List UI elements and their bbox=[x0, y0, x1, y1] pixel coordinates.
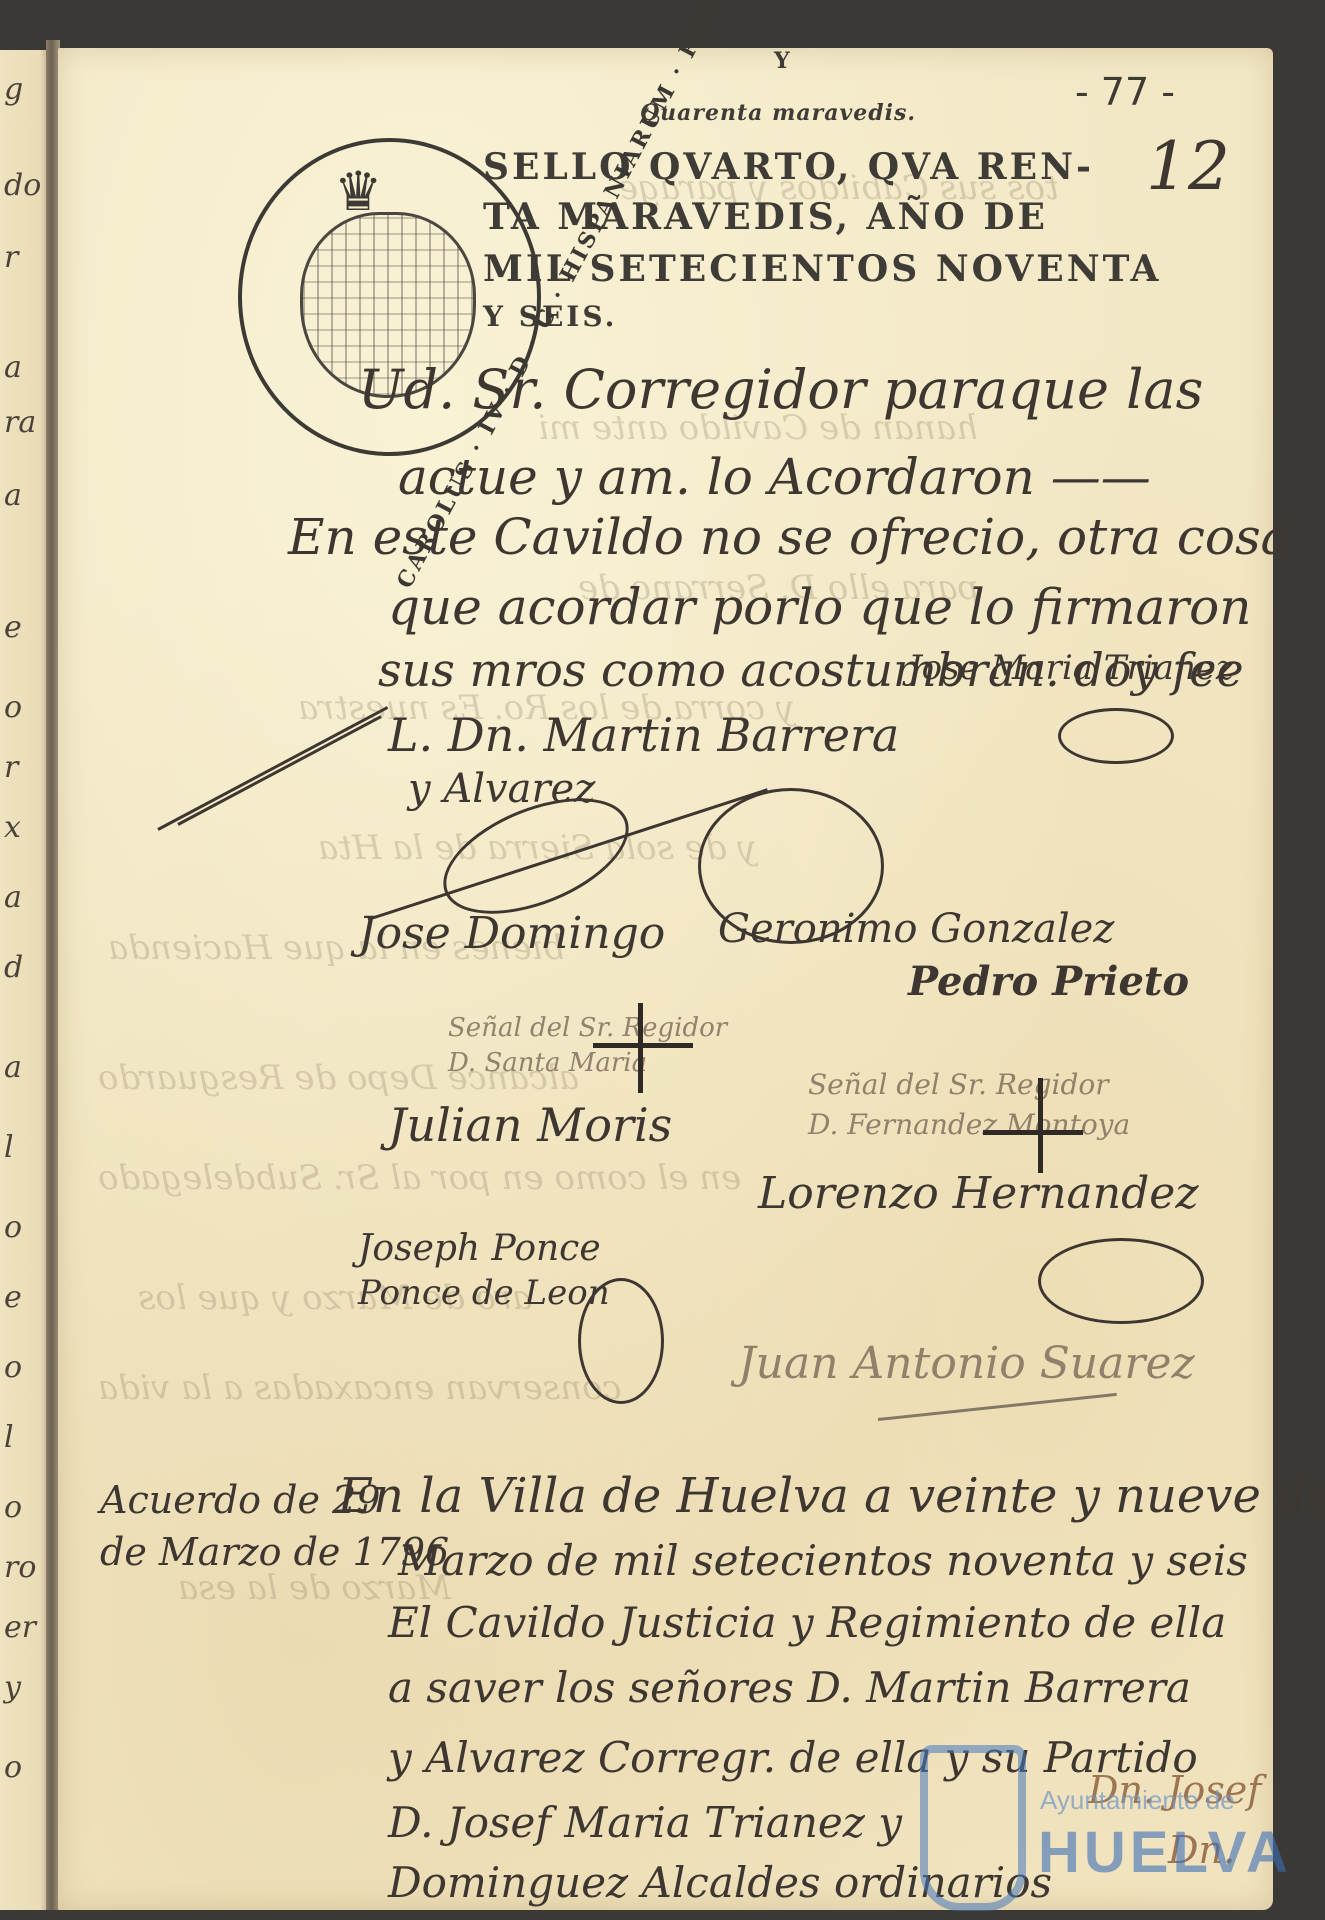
left-page-fragment: o bbox=[4, 690, 22, 725]
slash-stroke bbox=[878, 1393, 1117, 1421]
rubric-flourish bbox=[578, 1278, 664, 1404]
left-page-fragment: a bbox=[4, 478, 22, 513]
left-page-fragment: l bbox=[4, 1130, 14, 1165]
mark-label: D. Santa Maria bbox=[448, 1048, 647, 1078]
manuscript-page: tos sus Cabildos y parage hanan de Cavil… bbox=[58, 48, 1273, 1910]
signature-prieto: Pedro Prieto bbox=[908, 958, 1189, 1005]
signature-jose-domingo: Jose Domingo bbox=[358, 908, 665, 959]
left-page-fragment: o bbox=[4, 1350, 22, 1385]
rubric-flourish bbox=[1058, 708, 1174, 764]
body-line: Marzo de mil setecientos noventa y seis bbox=[398, 1536, 1248, 1585]
signature-ponce: Joseph Ponce bbox=[358, 1228, 601, 1269]
left-page-fragment: e bbox=[4, 610, 22, 645]
left-page-fragment: x bbox=[4, 810, 21, 845]
left-page-fragment: d bbox=[4, 950, 23, 985]
left-page-fragment: a bbox=[4, 1050, 22, 1085]
left-page-fragment: o bbox=[4, 1490, 22, 1525]
seal-header-line: TA MARAVEDIS, AÑO DE bbox=[483, 196, 1048, 238]
body-line: Ud. Sr. Corregidor paraque las bbox=[358, 358, 1203, 421]
seal-header-line: SELLO QVARTO, QVA REN- bbox=[483, 146, 1094, 188]
signature-trianez: Jose Maria Trianez bbox=[908, 648, 1234, 688]
left-page-fragment: do bbox=[4, 168, 41, 203]
cross-mark-icon bbox=[1038, 1078, 1043, 1173]
mark-label: Señal del Sr. Regidor bbox=[808, 1068, 1109, 1101]
left-page-fragment: ra bbox=[4, 405, 36, 440]
left-page-fragment: r bbox=[4, 240, 18, 275]
cross-mark-icon bbox=[638, 1003, 643, 1093]
signature-gonzalez: Geronimo Gonzalez bbox=[718, 906, 1114, 952]
body-line: actue y am. lo Acordaron —— bbox=[398, 448, 1151, 506]
left-page-fragment: e bbox=[4, 1280, 22, 1315]
body-line: que acordar porlo que lo firmaron bbox=[388, 578, 1251, 636]
body-line: D. Josef Maria Trianez y bbox=[388, 1798, 902, 1847]
slash-stroke bbox=[157, 706, 388, 831]
signature-ponce: Ponce de Leon bbox=[358, 1273, 610, 1313]
watermark-line2: HUELVA bbox=[1038, 1819, 1292, 1886]
left-page-fragment: er bbox=[4, 1610, 36, 1645]
signature-suarez: Juan Antonio Suarez bbox=[738, 1338, 1195, 1389]
body-line: En este Cavildo no se ofrecio, otra cosa bbox=[288, 508, 1290, 566]
left-page-fragment: o bbox=[4, 1210, 22, 1245]
rubric-flourish bbox=[1038, 1238, 1204, 1324]
denomination-text: Quarenta maravedis. bbox=[640, 100, 916, 126]
watermark-line1: Ayuntamiento de bbox=[1040, 1785, 1235, 1816]
mark-label: D. Fernandez Montoya bbox=[808, 1108, 1130, 1141]
archive-watermark: Ayuntamiento de HUELVA bbox=[920, 1745, 1280, 1905]
signature-barrera: L. Dn. Martin Barrera bbox=[388, 708, 899, 762]
left-page-fragment: ro bbox=[4, 1550, 36, 1585]
slash-stroke bbox=[177, 715, 381, 826]
left-page-fragment: o bbox=[4, 1750, 22, 1785]
left-page-fragment: g bbox=[4, 72, 23, 107]
folio-stamp-number: - 77 - bbox=[1075, 70, 1175, 114]
mark-label: Señal del Sr. Regidor bbox=[448, 1013, 727, 1043]
cross-mark-icon bbox=[593, 1043, 693, 1048]
left-page-fragment: l bbox=[4, 1420, 14, 1455]
left-page-fragment: r bbox=[4, 750, 18, 785]
cross-mark-icon bbox=[983, 1130, 1083, 1135]
signature-moris: Julian Moris bbox=[388, 1098, 672, 1152]
signature-hernandez: Lorenzo Hernandez bbox=[758, 1168, 1199, 1219]
margin-note: de Marzo de 1796 bbox=[100, 1530, 449, 1574]
header-mark: Y bbox=[774, 48, 793, 74]
body-line: En la Villa de Huelva a veinte y nueve d… bbox=[338, 1468, 1325, 1524]
body-line: El Cavildo Justicia y Regimiento de ella bbox=[388, 1598, 1226, 1647]
folio-hand-number: 12 bbox=[1146, 128, 1230, 205]
body-line: a saver los señores D. Martin Barrera bbox=[388, 1663, 1191, 1712]
huelva-shield-icon bbox=[920, 1745, 1026, 1911]
left-page-fragment: a bbox=[4, 880, 22, 915]
left-page-fragment: a bbox=[4, 350, 22, 385]
left-page-fragment: y bbox=[4, 1670, 21, 1705]
adjacent-left-page: g do r a ra a e o r x a d a l o e o l o … bbox=[0, 50, 50, 1910]
